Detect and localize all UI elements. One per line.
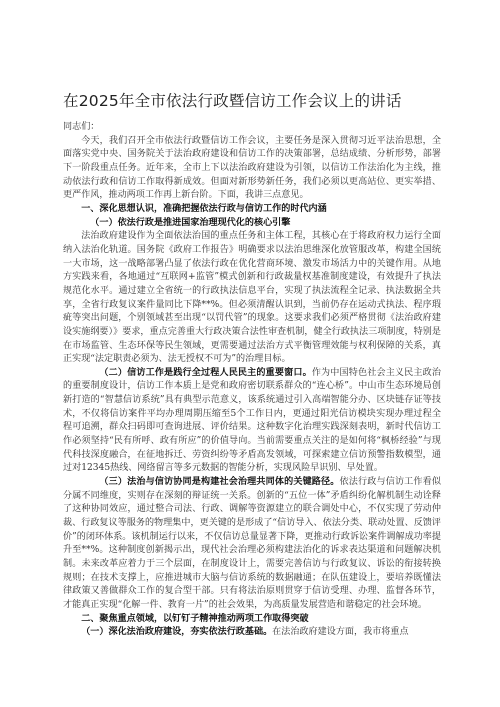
subsection-1-3-heading: （三）法治与信访协同是构建社会治理共同体的关键路径。 bbox=[99, 477, 339, 487]
subsection-1-3-paragraph: （三）法治与信访协同是构建社会治理共同体的关键路径。依法行政与信访工作看似分属不… bbox=[63, 476, 441, 613]
intro-paragraph: 今天，我们召开全市依法行政暨信访工作会议，主要任务是深入贯彻习近平法治思想，全面… bbox=[63, 135, 441, 203]
greeting: 同志们： bbox=[63, 121, 441, 135]
subsection-2-1-heading: （一）深化法治政府建设，夯实依法行政基础。 bbox=[81, 627, 272, 637]
subsection-1-1-heading: （一）依法行政是推进国家治理现代化的核心引擎 bbox=[63, 217, 441, 231]
subsection-1-2-paragraph: （二）信访工作是践行全过程人民民主的重要窗口。作为中国特色社会主义民主政治的重要… bbox=[63, 367, 441, 476]
subsection-1-1-text: 法治政府建设作为全面依法治国的重点任务和主体工程，其核心在于将政府权力运行全面纳… bbox=[63, 230, 441, 367]
document-page: 在2025年全市依法行政暨信访工作会议上的讲话 同志们： 今天，我们召开全市依法… bbox=[0, 0, 500, 707]
subsection-2-1-paragraph: （一）深化法治政府建设，夯实依法行政基础。在法治政府建设方面，我市将重点 bbox=[63, 626, 441, 640]
subsection-1-2-text: 作为中国特色社会主义民主政治的重要制度设计，信访工作本质上是党和政府密切联系群众… bbox=[63, 368, 441, 474]
subsection-1-2-heading: （二）信访工作是践行全过程人民民主的重要窗口。 bbox=[99, 368, 311, 378]
subsection-1-3-text: 依法行政与信访工作看似分属不同维度，实则存在深刻的辩证统一关系。创新的“五位一体… bbox=[63, 477, 441, 610]
section-2-heading: 二、聚焦重点领域，以钉钉子精神推动两项工作取得突破 bbox=[63, 613, 441, 627]
document-body: 同志们： 今天，我们召开全市依法行政暨信访工作会议，主要任务是深入贯彻习近平法治… bbox=[63, 121, 441, 640]
document-title: 在2025年全市依法行政暨信访工作会议上的讲话 bbox=[63, 91, 463, 111]
subsection-2-1-text: 在法治政府建设方面，我市将重点 bbox=[272, 627, 408, 637]
section-1-heading: 一、深化思想认识，准确把握依法行政与信访工作的时代内涵 bbox=[63, 203, 441, 217]
